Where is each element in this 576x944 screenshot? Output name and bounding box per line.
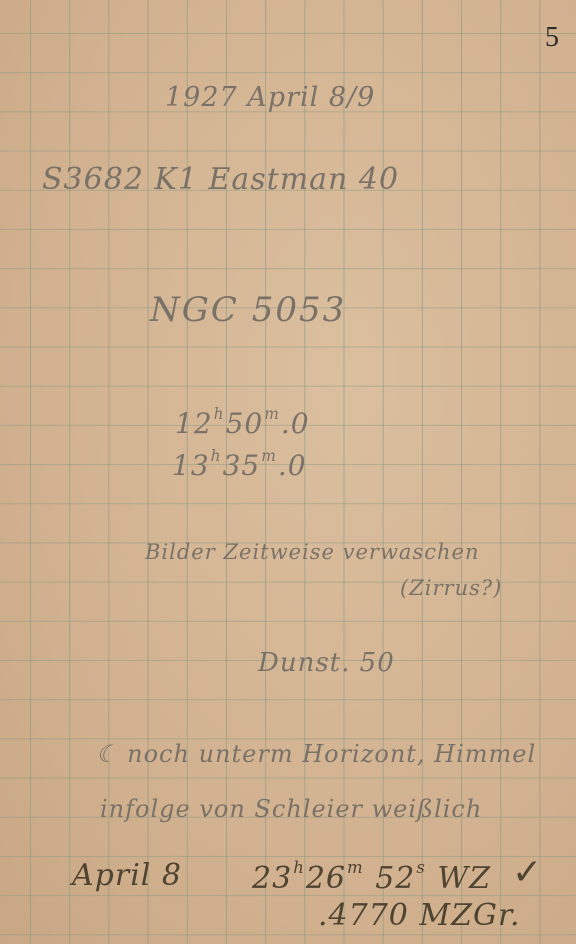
exposure-end-time: 13h35m.0 [172, 447, 307, 482]
observation-date: April 8 [72, 858, 182, 893]
observation-time: 23h26m 52s WZ [252, 858, 491, 896]
page-number: 5 [545, 22, 559, 54]
end-fraction: .0 [278, 449, 307, 482]
end-hours: 13 [172, 449, 210, 482]
minutes-unit: m [264, 405, 280, 423]
hours-unit: h [293, 858, 305, 877]
object-designation: NGC 5053 [150, 290, 346, 330]
hours-unit: h [211, 447, 222, 465]
hours-unit: h [214, 405, 225, 423]
moon-note-line2: infolge von Schleier weißlich [100, 795, 482, 823]
plate-number-line: S3682 K1 Eastman 40 [42, 162, 399, 197]
image-quality-note-continued: (Zirrus?) [400, 576, 502, 600]
start-hours: 12 [175, 407, 213, 440]
obs-hours: 23 [252, 861, 292, 896]
minutes-unit: m [347, 858, 364, 877]
end-minutes: 35 [223, 449, 261, 482]
obs-minutes: 26 [306, 861, 346, 896]
notebook-page: 5 1927 April 8/9 S3682 K1 Eastman 40 NGC… [0, 0, 576, 944]
julian-fraction-note: .4770 MZGr. [318, 898, 521, 933]
observation-date-heading: 1927 April 8/9 [165, 82, 375, 113]
exposure-start-time: 12h50m.0 [175, 405, 310, 440]
image-quality-note: Bilder Zeitweise verwaschen [145, 540, 479, 564]
checkmark-icon: ✓ [512, 852, 543, 893]
seconds-unit: s [416, 858, 425, 877]
time-zone: WZ [437, 861, 491, 896]
minutes-unit: m [261, 447, 277, 465]
moon-note-line1: ☾ noch unterm Horizont, Himmel [96, 740, 536, 768]
obs-seconds: 52 [375, 861, 415, 896]
start-minutes: 50 [226, 407, 264, 440]
sky-condition-note: Dunst. 50 [258, 648, 395, 678]
start-fraction: .0 [281, 407, 310, 440]
